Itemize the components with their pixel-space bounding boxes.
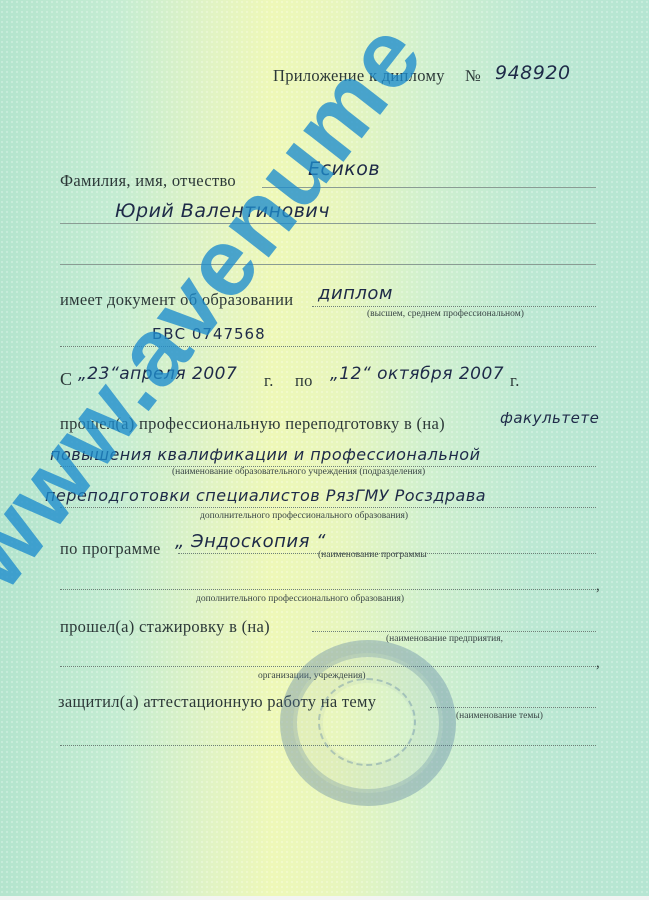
year-suffix-1: г.	[264, 371, 274, 391]
edu-doc-line	[312, 306, 596, 307]
program-hint-2: дополнительного профессионального образо…	[196, 594, 404, 604]
internship-comma: ,	[596, 655, 600, 672]
fio-line-2	[60, 223, 596, 224]
edu-doc-value: диплом	[318, 283, 393, 304]
institution-hint-2: дополнительного профессионального образо…	[200, 511, 408, 521]
internship-hint-1: (наименование предприятия,	[386, 634, 503, 644]
round-seal-stamp-icon	[280, 640, 456, 806]
retraining-value-1: факультете	[500, 409, 599, 427]
retraining-line-2	[60, 507, 596, 508]
scan-edge	[0, 896, 649, 900]
fio-line-3	[60, 264, 596, 265]
edu-doc-hint: (высшем, среднем профессиональном)	[367, 309, 524, 319]
thesis-line-1	[430, 707, 596, 708]
institution-hint-1: (наименование образовательного учреждени…	[172, 467, 425, 477]
diploma-number: 948920	[495, 62, 571, 84]
internship-line-1	[312, 631, 596, 632]
date-to-prefix: по	[295, 371, 313, 391]
thesis-hint: (наименование темы)	[456, 711, 543, 721]
program-comma: ,	[596, 578, 600, 595]
year-suffix-2: г.	[510, 371, 520, 391]
stamp-emblem	[318, 678, 416, 766]
date-to-value: „12“ октября 2007	[330, 364, 504, 384]
program-hint-1: (наименование программы	[318, 550, 427, 560]
program-value: „ Эндоскопия “	[175, 531, 326, 552]
fio-label: Фамилия, имя, отчество	[60, 171, 236, 191]
internship-label: прошел(а) стажировку в (на)	[60, 617, 270, 637]
number-sign: №	[465, 66, 481, 86]
program-line-2	[60, 589, 596, 590]
